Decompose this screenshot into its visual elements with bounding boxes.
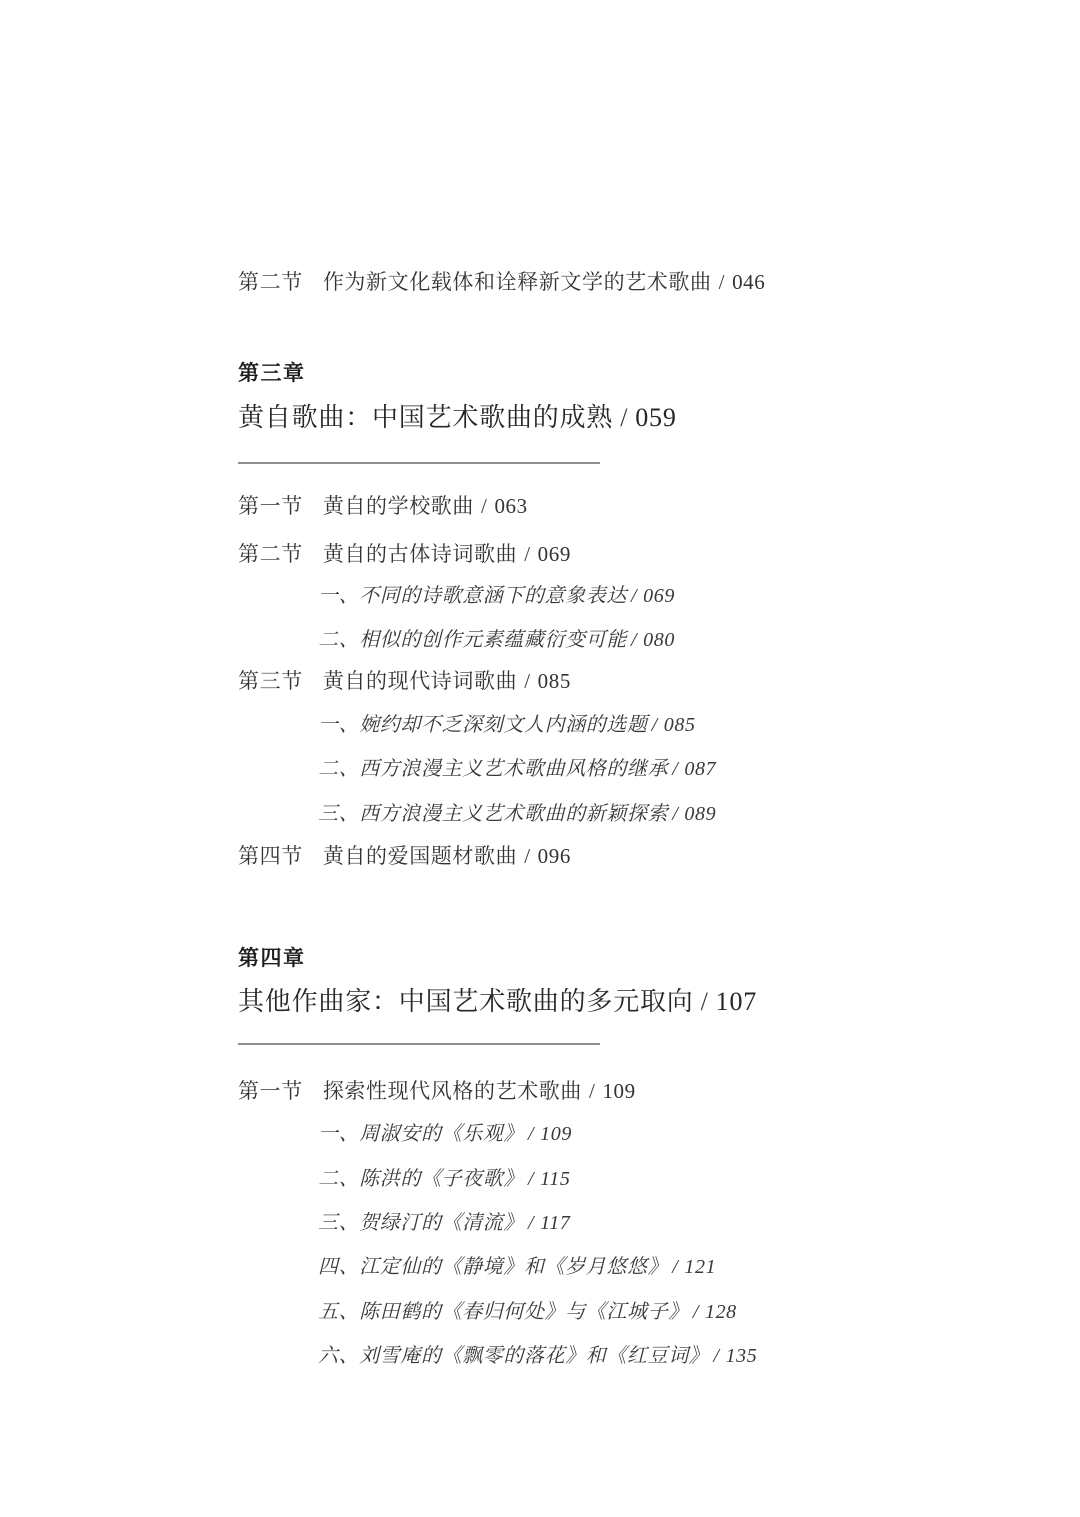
chapter-page-number: 059 xyxy=(635,403,676,432)
toc-entry-section: 第一节探索性现代风格的艺术歌曲/109 xyxy=(238,1079,636,1103)
toc-page: 第二节作为新文化载体和诠释新文学的艺术歌曲/046 第三章 黄自歌曲：中国艺术歌… xyxy=(0,0,1080,1517)
page-number: 080 xyxy=(643,629,675,651)
sub-title: 四、江定仙的《静境》和《岁月悠悠》 xyxy=(318,1256,668,1278)
section-number: 第一节 xyxy=(238,494,303,518)
page-number: 063 xyxy=(494,494,527,518)
section-number: 第四节 xyxy=(238,844,303,868)
slash-separator: / xyxy=(672,803,678,825)
toc-entry-section: 第四节黄自的爱国题材歌曲/096 xyxy=(238,844,571,868)
chapter-divider xyxy=(238,462,600,464)
section-title: 黄自的古体诗词歌曲 xyxy=(323,542,517,566)
toc-entry-sub: 一、不同的诗歌意涵下的意象表达/069 xyxy=(318,585,675,608)
sub-title: 六、刘雪庵的《飘零的落花》和《红豆词》 xyxy=(318,1345,709,1367)
chapter-title-text: 黄自歌曲：中国艺术歌曲的成熟 xyxy=(238,403,613,432)
page-number: 089 xyxy=(684,803,716,825)
chapter-title: 其他作曲家：中国艺术歌曲的多元取向/107 xyxy=(238,987,757,1017)
toc-entry-sub: 一、周淑安的《乐观》/109 xyxy=(318,1123,572,1146)
toc-entry-sub: 二、西方浪漫主义艺术歌曲风格的继承/087 xyxy=(318,758,716,781)
section-number: 第二节 xyxy=(238,270,303,294)
slash-separator: / xyxy=(701,987,709,1016)
sub-title: 五、陈田鹤的《春归何处》与《江城子》 xyxy=(318,1301,689,1323)
slash-separator: / xyxy=(528,1168,534,1190)
page-number: 135 xyxy=(726,1345,758,1367)
slash-separator: / xyxy=(652,714,658,736)
toc-entry-sub: 五、陈田鹤的《春归何处》与《江城子》/128 xyxy=(318,1301,737,1324)
page-number: 096 xyxy=(538,844,571,868)
toc-entry-section: 第三节黄自的现代诗词歌曲/085 xyxy=(238,669,571,693)
slash-separator: / xyxy=(620,403,628,432)
sub-title: 一、周淑安的《乐观》 xyxy=(318,1123,524,1145)
page-number: 109 xyxy=(540,1123,572,1145)
sub-title: 三、贺绿汀的《清流》 xyxy=(318,1212,524,1234)
toc-entry-section: 第二节黄自的古体诗词歌曲/069 xyxy=(238,542,571,566)
chapter-divider xyxy=(238,1043,600,1045)
section-number: 第三节 xyxy=(238,669,303,693)
page-number: 069 xyxy=(643,585,675,607)
section-title: 黄自的现代诗词歌曲 xyxy=(323,669,517,693)
toc-entry-section: 第二节作为新文化载体和诠释新文学的艺术歌曲/046 xyxy=(238,270,765,294)
toc-entry-sub: 三、贺绿汀的《清流》/117 xyxy=(318,1212,571,1235)
chapter-label: 第四章 xyxy=(238,947,306,971)
chapter-title-text: 其他作曲家：中国艺术歌曲的多元取向 xyxy=(238,987,694,1016)
chapter-page-number: 107 xyxy=(716,987,757,1016)
slash-separator: / xyxy=(481,494,487,518)
toc-entry-sub: 六、刘雪庵的《飘零的落花》和《红豆词》/135 xyxy=(318,1345,757,1368)
toc-entry-section: 第一节黄自的学校歌曲/063 xyxy=(238,494,528,518)
slash-separator: / xyxy=(693,1301,699,1323)
sub-title: 一、不同的诗歌意涵下的意象表达 xyxy=(318,585,627,607)
page-number: 085 xyxy=(538,669,571,693)
slash-separator: / xyxy=(528,1212,534,1234)
section-title: 探索性现代风格的艺术歌曲 xyxy=(323,1079,582,1103)
slash-separator: / xyxy=(719,270,725,294)
section-title: 黄自的爱国题材歌曲 xyxy=(323,844,517,868)
slash-separator: / xyxy=(589,1079,595,1103)
toc-entry-sub: 三、西方浪漫主义艺术歌曲的新颖探索/089 xyxy=(318,803,716,826)
slash-separator: / xyxy=(672,1256,678,1278)
slash-separator: / xyxy=(524,669,530,693)
section-title: 作为新文化载体和诠释新文学的艺术歌曲 xyxy=(323,270,712,294)
toc-entry-sub: 二、相似的创作元素蕴藏衍变可能/080 xyxy=(318,629,675,652)
page-number: 069 xyxy=(538,542,571,566)
chapter-label: 第三章 xyxy=(238,362,306,386)
slash-separator: / xyxy=(631,629,637,651)
page-number: 117 xyxy=(540,1212,570,1234)
slash-separator: / xyxy=(631,585,637,607)
sub-title: 二、西方浪漫主义艺术歌曲风格的继承 xyxy=(318,758,668,780)
page-number: 115 xyxy=(540,1168,570,1190)
page-number: 085 xyxy=(664,714,696,736)
page-number: 109 xyxy=(602,1079,635,1103)
toc-entry-sub: 二、陈洪的《子夜歌》/115 xyxy=(318,1168,571,1191)
chapter-title: 黄自歌曲：中国艺术歌曲的成熟/059 xyxy=(238,403,677,433)
toc-entry-sub: 四、江定仙的《静境》和《岁月悠悠》/121 xyxy=(318,1256,716,1279)
section-number: 第一节 xyxy=(238,1079,303,1103)
slash-separator: / xyxy=(528,1123,534,1145)
slash-separator: / xyxy=(524,542,530,566)
sub-title: 二、陈洪的《子夜歌》 xyxy=(318,1168,524,1190)
page-number: 046 xyxy=(732,270,765,294)
sub-title: 二、相似的创作元素蕴藏衍变可能 xyxy=(318,629,627,651)
page-number: 128 xyxy=(705,1301,737,1323)
sub-title: 三、西方浪漫主义艺术歌曲的新颖探索 xyxy=(318,803,668,825)
page-number: 121 xyxy=(684,1256,716,1278)
page-number: 087 xyxy=(684,758,716,780)
slash-separator: / xyxy=(524,844,530,868)
toc-entry-sub: 一、婉约却不乏深刻文人内涵的选题/085 xyxy=(318,714,696,737)
slash-separator: / xyxy=(672,758,678,780)
slash-separator: / xyxy=(713,1345,719,1367)
sub-title: 一、婉约却不乏深刻文人内涵的选题 xyxy=(318,714,648,736)
section-title: 黄自的学校歌曲 xyxy=(323,494,474,518)
section-number: 第二节 xyxy=(238,542,303,566)
